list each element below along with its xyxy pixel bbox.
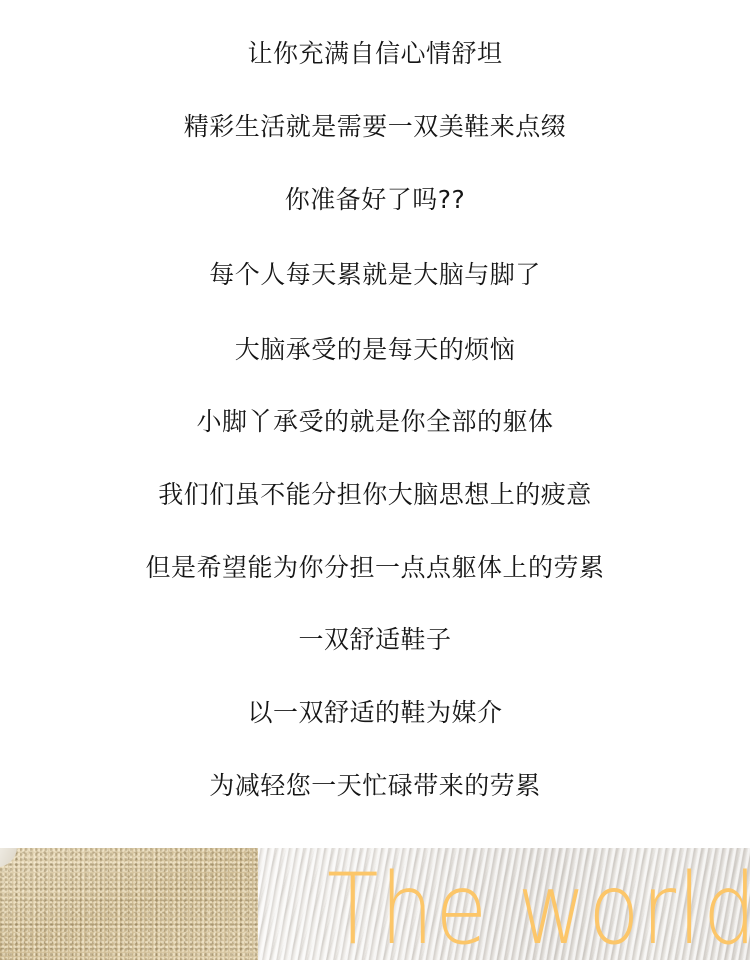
- text-line: 小脚丫承受的就是你全部的躯体: [0, 406, 750, 438]
- text-line: 以一双舒适的鞋为媒介: [0, 697, 750, 729]
- carpet-texture: [0, 848, 265, 960]
- text-line: 但是希望能为你分担一点点躯体上的劳累: [0, 552, 750, 584]
- text-line: 为减轻您一天忙碌带来的劳累: [0, 770, 750, 802]
- text-line: 我们们虽不能分担你大脑思想上的疲意: [0, 479, 750, 511]
- fabric-corner: [0, 848, 23, 868]
- text-line: 你准备好了吗??: [0, 184, 750, 216]
- text-line: 大脑承受的是每天的烦恼: [0, 334, 750, 366]
- banner-title-text: The world: [327, 860, 750, 960]
- banner-title: The world: [327, 860, 750, 960]
- text-line: 每个人每天累就是大脑与脚了: [0, 259, 750, 291]
- banner-image: The world: [0, 848, 750, 960]
- text-line: 一双舒适鞋子: [0, 624, 750, 656]
- promo-text-block: 让你充满自信心情舒坦 精彩生活就是需要一双美鞋来点缀 你准备好了吗?? 每个人每…: [0, 0, 750, 848]
- text-line: 让你充满自信心情舒坦: [0, 38, 750, 70]
- text-line: 精彩生活就是需要一双美鞋来点缀: [0, 111, 750, 143]
